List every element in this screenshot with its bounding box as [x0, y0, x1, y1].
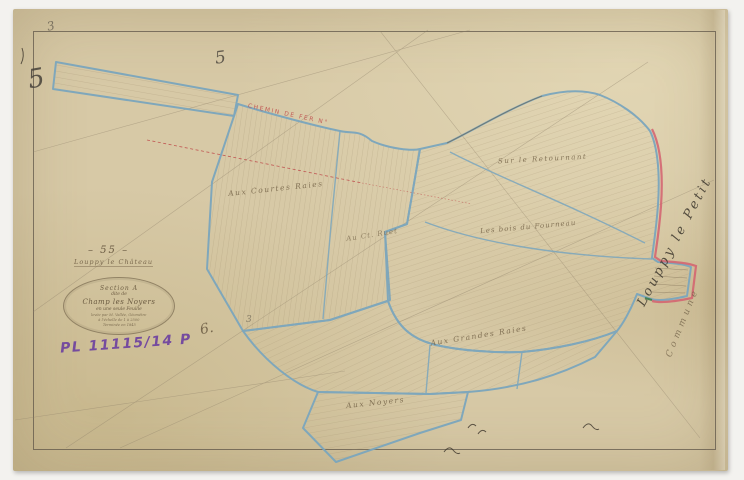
cartouche-section-line: Section A — [100, 285, 138, 292]
parcel-strip-northwest — [53, 62, 238, 116]
cartouche-date-line: Terminée en 1845 — [102, 322, 135, 327]
map-linework — [0, 0, 744, 480]
sheet-number: – 55 – — [88, 245, 129, 256]
commune-name: Louppy le Château — [74, 258, 153, 267]
margin-number-3-mid: 3 — [246, 315, 252, 325]
cartouche-dite-line: dite de — [111, 292, 127, 297]
cartouche-name-line: Champ les Noyers — [83, 298, 156, 306]
cartouche-scale-line: à l'échelle de 1 à 2500 — [98, 317, 139, 322]
scanned-cadastral-map: { "scan": { "background": "#f3f2ef", "pa… — [0, 0, 744, 480]
title-cartouche: Section A dite de Champ les Noyers en un… — [63, 277, 175, 335]
cartouche-surveyor-line: levée par M. Vallée, Géomètre — [91, 312, 146, 317]
cartouche-feuille-line: en une seule Feuille — [96, 307, 142, 312]
